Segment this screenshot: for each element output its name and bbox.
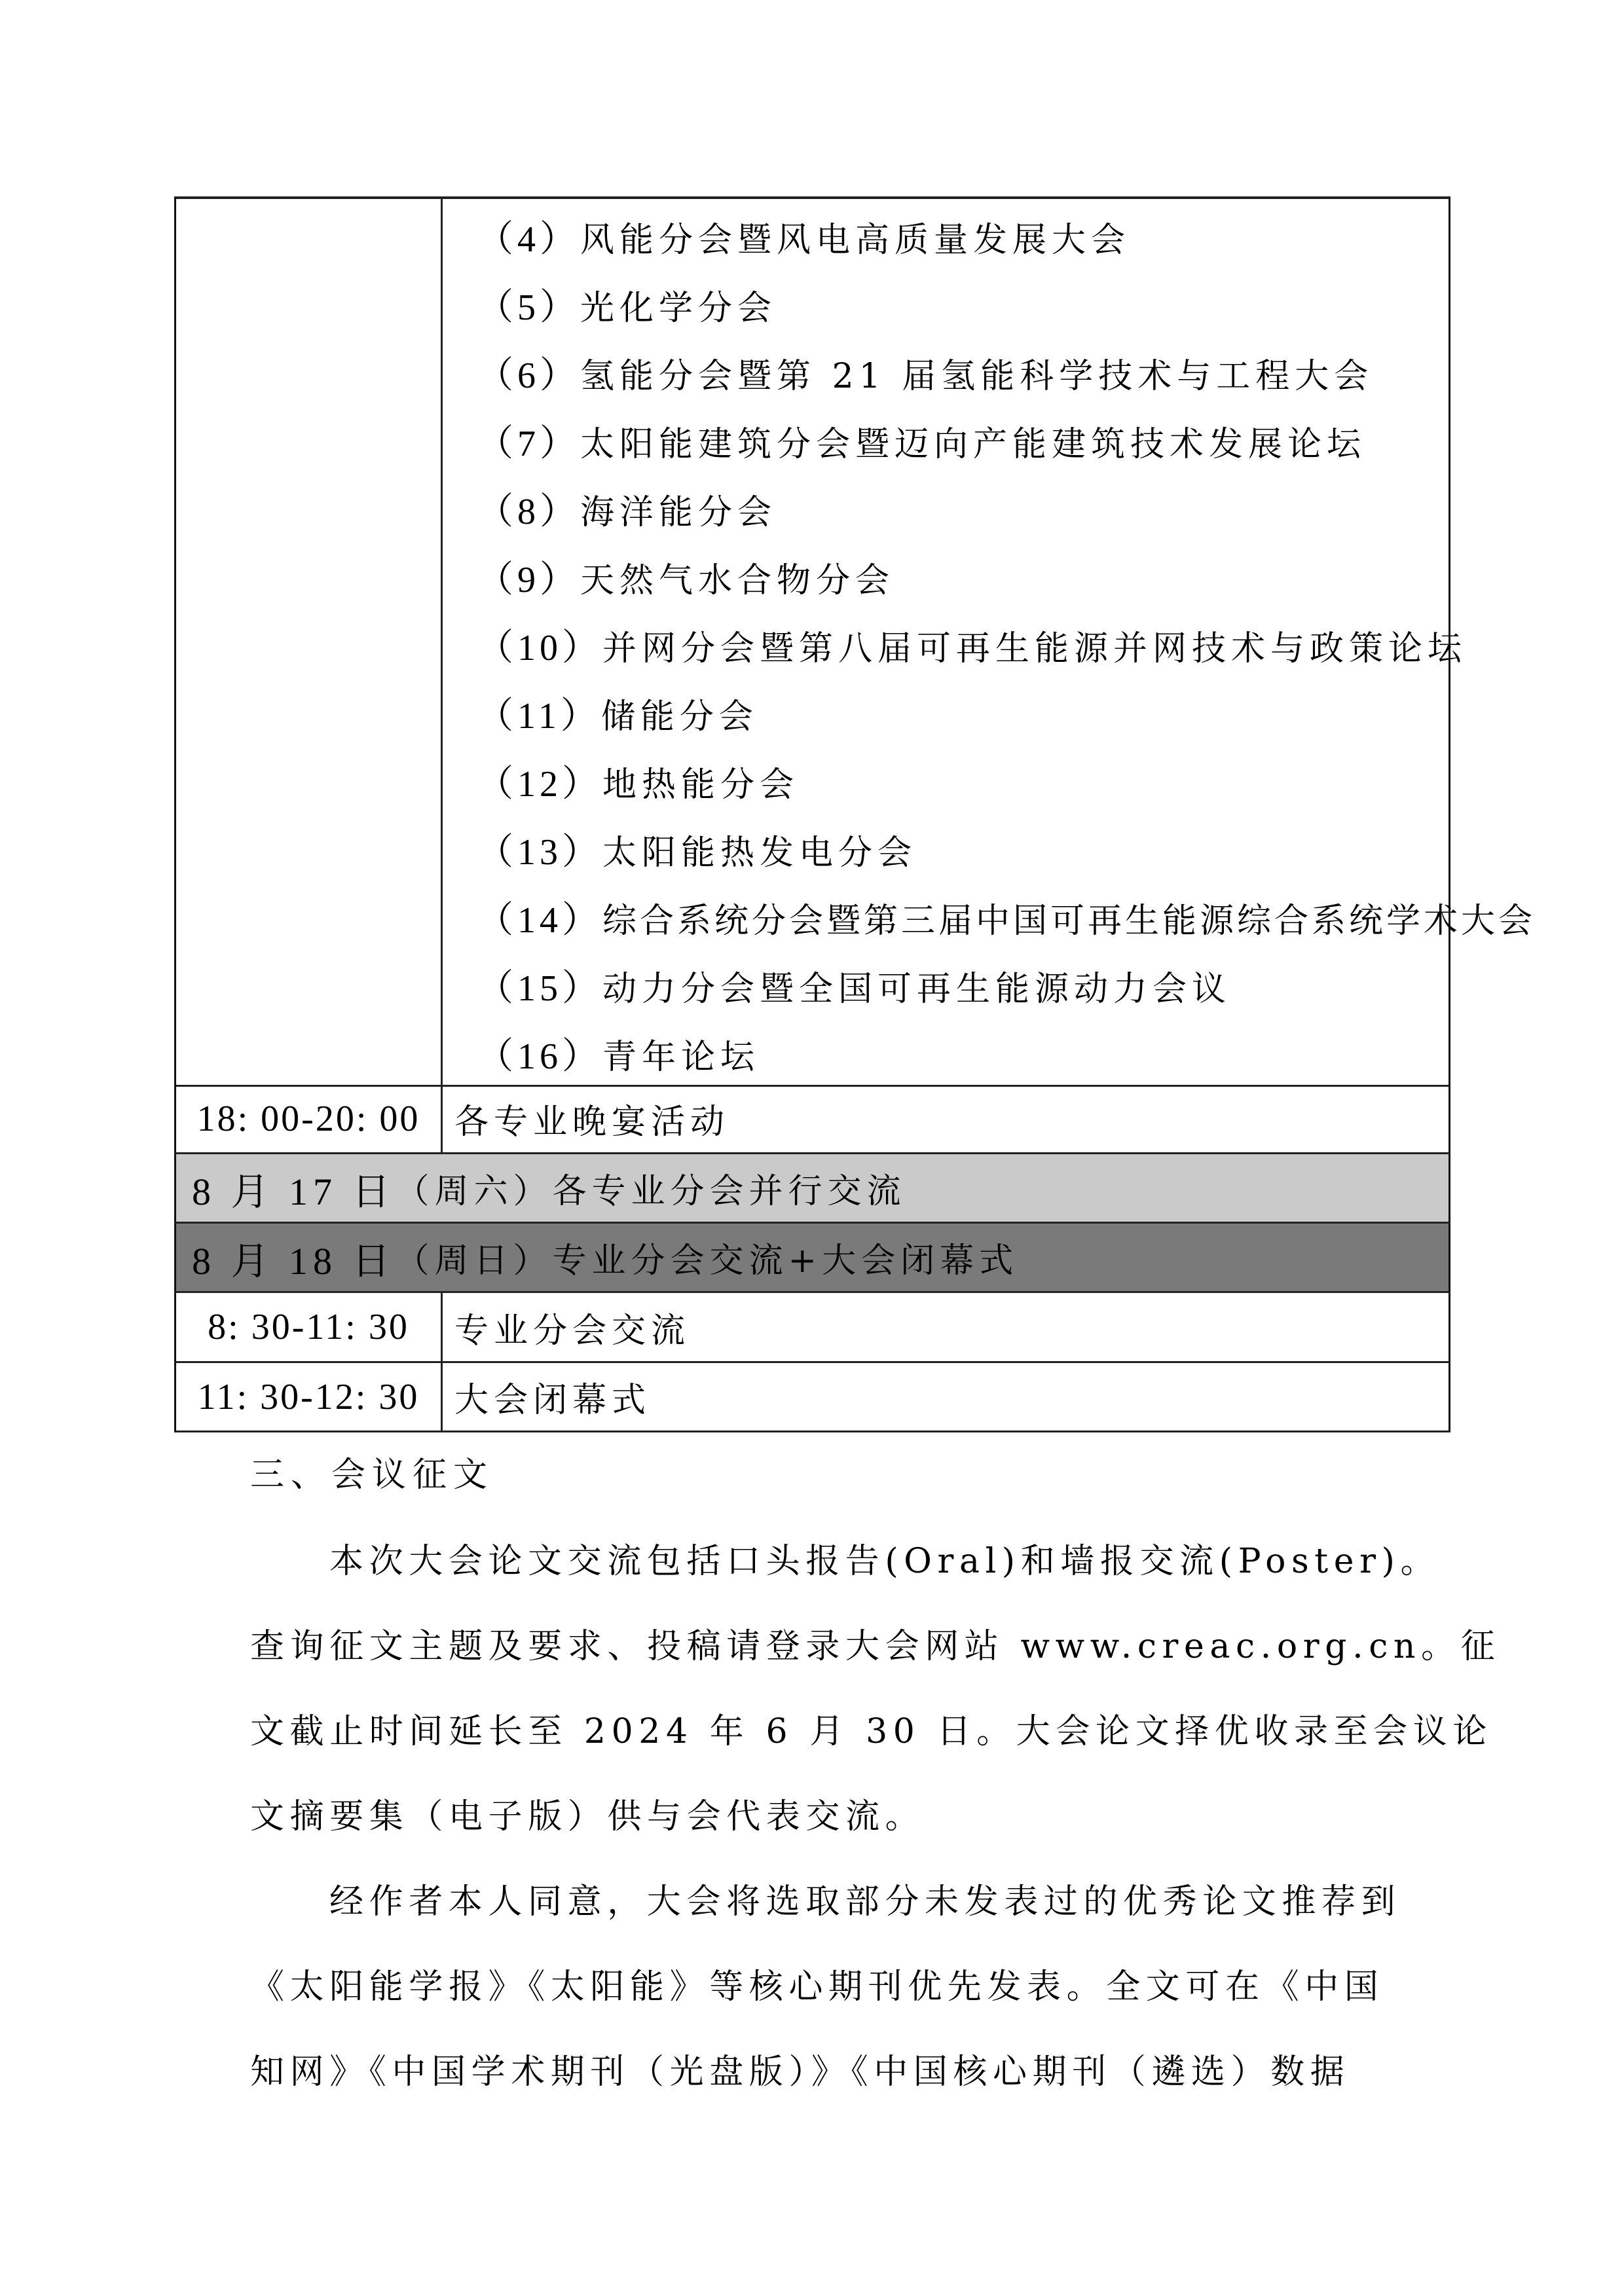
paragraph-line: 文截止时间延长至 2024 年 6 月 30 日。大会论文择优收录至会议论 [250,1705,1492,1758]
item-number: （9） [477,560,580,600]
list-item: （12）地热能分会 [477,750,799,818]
section-heading: 三、会议征文 [250,1452,494,1498]
paragraph-line: 《太阳能学报》《太阳能》等核心期刊优先发表。全文可在《中国 [250,1961,1384,2013]
item-text: 综合系统分会暨第三届中国可再生能源综合系统学术大会 [602,902,1536,941]
paragraph-line: 查询征文主题及要求、投稿请登录大会网站 www.creac.org.cn。征 [250,1620,1500,1673]
table-row: 11: 30-12: 30 大会闭幕式 [174,1363,1450,1432]
list-item: （6）氢能分会暨第 21 届氢能科学技术与工程大会 [477,342,1373,410]
list-item: （4）风能分会暨风电高质量发展大会 [477,206,1130,274]
item-number: （6） [477,355,580,396]
day-header-row: 8 月 17 日 （周六） 各专业分会并行交流 [174,1154,1450,1224]
item-number: （11） [477,696,601,737]
item-number: （14） [477,900,602,941]
table-row: 8: 30-11: 30 专业分会交流 [174,1293,1450,1363]
paragraph-line: 经作者本人同意，大会将选取部分未发表过的优秀论文推荐到 [329,1876,1401,1928]
document-page: （4）风能分会暨风电高质量发展大会 （5）光化学分会 （6）氢能分会暨第 21 … [0,0,1624,2296]
time-cell: 8: 30-11: 30 [176,1293,443,1361]
paragraph-line: 本次大会论文交流包括口头报告(Oral)和墙报交流(Poster)。 [329,1535,1440,1588]
list-item: （13）太阳能热发电分会 [477,818,917,886]
list-item: （11）储能分会 [477,682,758,750]
item-number: （4） [477,219,580,260]
day-date: 8 月 17 日 [192,1161,396,1216]
day-title: 专业分会交流+大会闭幕式 [553,1233,1019,1282]
item-text: 海洋能分会 [580,493,777,532]
day-header-row: 8 月 18 日 （周日） 专业分会交流+大会闭幕式 [174,1224,1450,1293]
list-item: （5）光化学分会 [477,274,777,342]
list-item: （10）并网分会暨第八届可再生能源并网技术与政策论坛 [477,614,1467,682]
day-weekday: （周日） [396,1233,553,1282]
time-cell: 11: 30-12: 30 [176,1363,443,1430]
day-title: 各专业分会并行交流 [553,1163,906,1212]
list-item: （9）天然气水合物分会 [477,546,895,614]
item-number: （5） [477,287,580,328]
item-text: 并网分会暨第八届可再生能源并网技术与政策论坛 [602,629,1467,668]
item-text: 风能分会暨风电高质量发展大会 [580,221,1130,260]
item-number: （12） [477,764,602,805]
paragraph-line: 知网》《中国学术期刊（光盘版）》《中国核心期刊（遴选）数据 [250,2046,1350,2098]
item-number: （15） [477,968,602,1009]
item-text: 地热能分会 [602,765,799,805]
item-text: 光化学分会 [580,289,777,328]
item-number: （7） [477,424,580,464]
list-item: （14）综合系统分会暨第三届中国可再生能源综合系统学术大会 [477,886,1536,955]
list-item: （16）青年论坛 [477,1023,760,1091]
item-text: 氢能分会暨第 21 届氢能科学技术与工程大会 [580,357,1373,396]
activity-cell: 大会闭幕式 [443,1363,1449,1430]
list-item: （15）动力分会暨全国可再生能源动力会议 [477,955,1231,1023]
table-row: 18: 00-20: 00 各专业晚宴活动 [174,1085,1450,1154]
day-date: 8 月 18 日 [192,1230,396,1285]
sub-forum-list: （4）风能分会暨风电高质量发展大会 （5）光化学分会 （6）氢能分会暨第 21 … [443,199,1449,1085]
item-text: 储能分会 [601,697,758,737]
list-item: （7）太阳能建筑分会暨迈向产能建筑技术发展论坛 [477,410,1366,478]
item-number: （8） [477,492,580,532]
item-number: （16） [477,1036,602,1077]
time-cell: 18: 00-20: 00 [176,1085,443,1152]
item-text: 天然气水合物分会 [580,561,895,600]
day-weekday: （周六） [396,1163,553,1212]
table-row: （4）风能分会暨风电高质量发展大会 （5）光化学分会 （6）氢能分会暨第 21 … [174,196,1450,1087]
item-number: （10） [477,628,602,668]
activity-cell: 各专业晚宴活动 [443,1085,1449,1152]
paragraph-line: 文摘要集（电子版）供与会代表交流。 [250,1791,925,1843]
item-text: 青年论坛 [602,1038,760,1077]
activity-cell: 专业分会交流 [443,1293,1449,1361]
item-text: 太阳能热发电分会 [602,833,917,873]
item-text: 太阳能建筑分会暨迈向产能建筑技术发展论坛 [580,425,1366,464]
item-number: （13） [477,832,602,873]
item-text: 动力分会暨全国可再生能源动力会议 [602,970,1231,1009]
list-item: （8）海洋能分会 [477,478,777,546]
time-cell-empty [176,199,443,1085]
